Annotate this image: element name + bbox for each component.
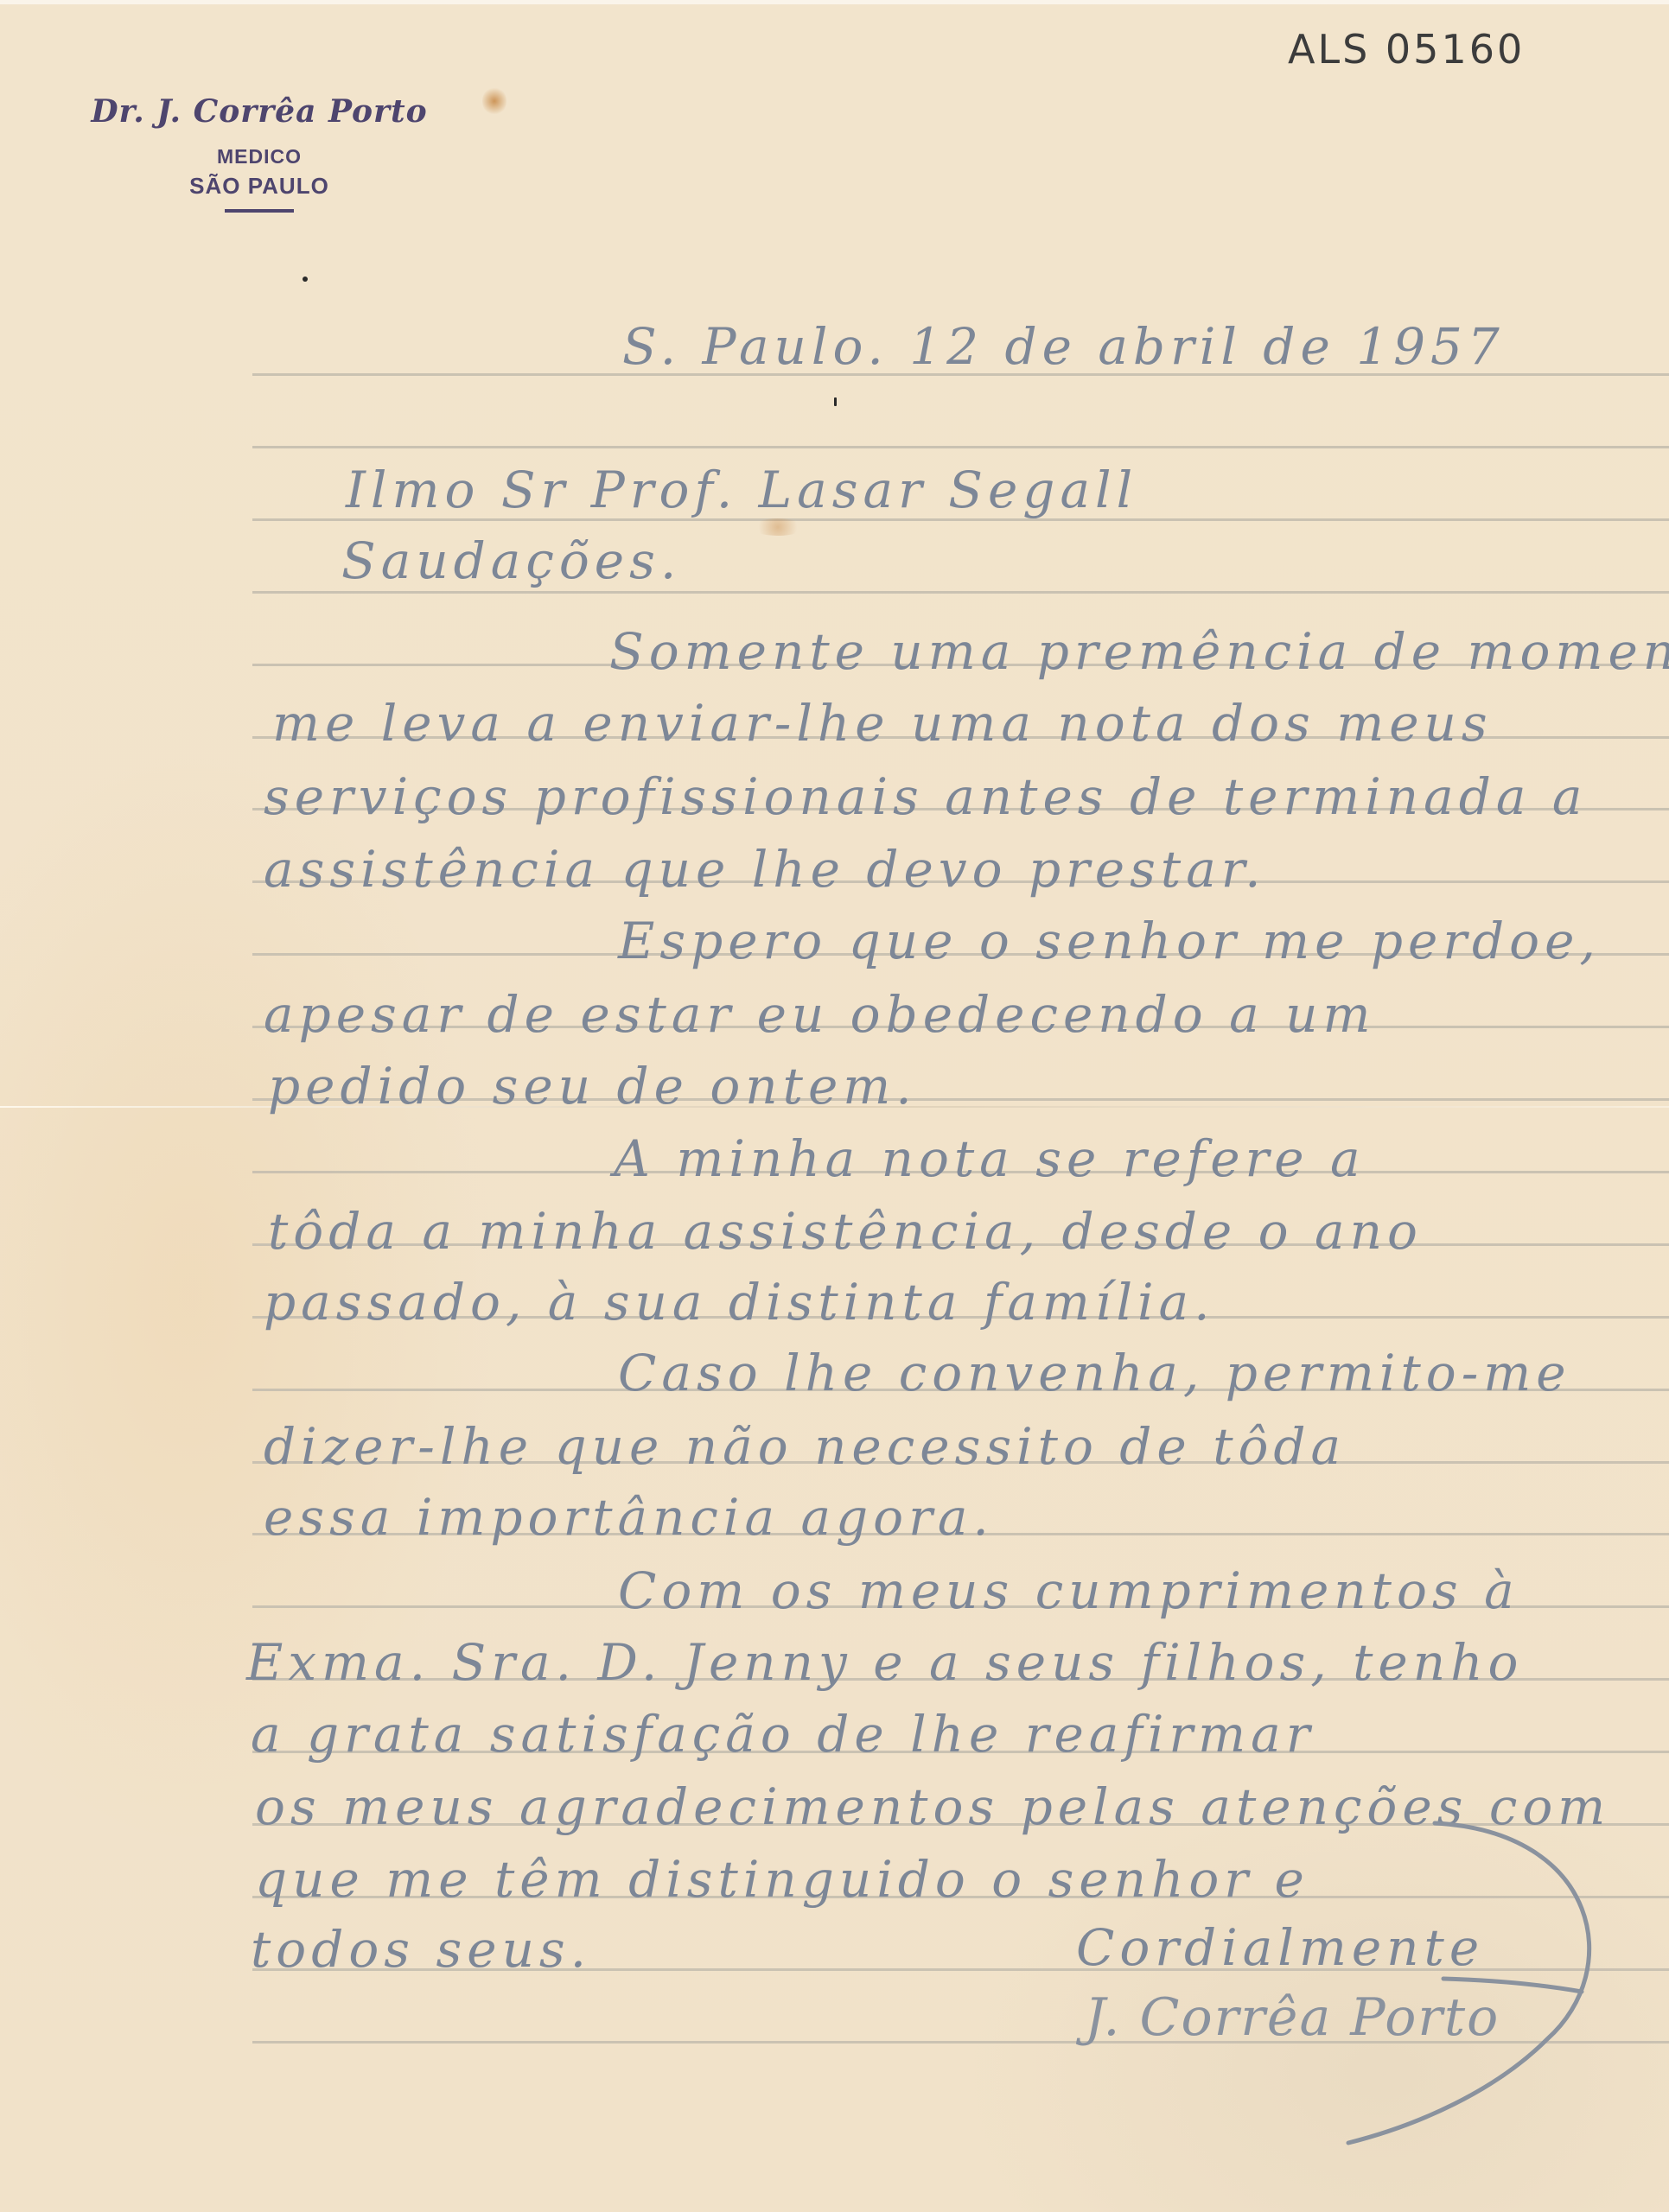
body-line: Somente uma premência de momento <box>609 626 1669 677</box>
ruled-line <box>252 591 1669 594</box>
letterhead-rule <box>225 209 294 213</box>
ink-dot <box>303 276 308 282</box>
letterhead-name: Dr. J. Corrêa Porto <box>86 93 432 130</box>
body-line: essa importância agora. <box>264 1492 994 1542</box>
archive-mark: ALS 05160 <box>1288 26 1525 73</box>
letterhead-city: SÃO PAULO <box>86 173 432 200</box>
closing-line: Cordialmente <box>1076 1923 1484 1973</box>
body-line: assistência que lhe devo prestar. <box>264 844 1266 894</box>
ruled-line <box>252 446 1669 448</box>
addressee-line: Ilmo Sr Prof. Lasar Segall <box>346 465 1137 515</box>
pencil-mark <box>834 397 837 406</box>
greeting-line: Saudações. <box>341 536 681 586</box>
paper-top-edge <box>0 0 1669 4</box>
body-line: Com os meus cumprimentos à <box>618 1566 1519 1616</box>
body-line: os meus agradecimentos pelas atenções co… <box>255 1782 1610 1832</box>
body-line: pedido seu de ontem. <box>268 1061 917 1111</box>
body-line: que me têm distinguido o senhor e <box>255 1854 1309 1904</box>
date-line: S. Paulo. 12 de abril de 1957 <box>622 321 1505 372</box>
body-line: Espero que o senhor me perdoe, <box>618 916 1601 966</box>
letterhead-profession: MEDICO <box>86 145 432 168</box>
body-line: serviços profissionais antes de terminad… <box>264 772 1587 822</box>
body-line: passado, à sua distinta família. <box>264 1277 1215 1327</box>
body-line: Caso lhe convenha, permito-me <box>618 1348 1571 1398</box>
body-line: A minha nota se refere a <box>614 1134 1366 1184</box>
body-line: me leva a enviar-lhe uma nota dos meus <box>272 698 1493 748</box>
body-line: dizer-lhe que não necessito de tôda <box>264 1421 1346 1471</box>
foxing-stain <box>482 86 506 116</box>
body-line: a grata satisfação de lhe reafirmar <box>251 1709 1315 1759</box>
signature: J. Corrêa Porto <box>1085 1987 1500 2048</box>
body-line: tôda a minha assistência, desde o ano <box>268 1206 1423 1256</box>
body-line: Exma. Sra. D. Jenny e a seus filhos, ten… <box>246 1637 1523 1688</box>
body-line: apesar de estar eu obedecendo a um <box>264 989 1376 1039</box>
body-line: todos seus. <box>251 1924 591 1974</box>
foxing-stain <box>752 518 804 536</box>
